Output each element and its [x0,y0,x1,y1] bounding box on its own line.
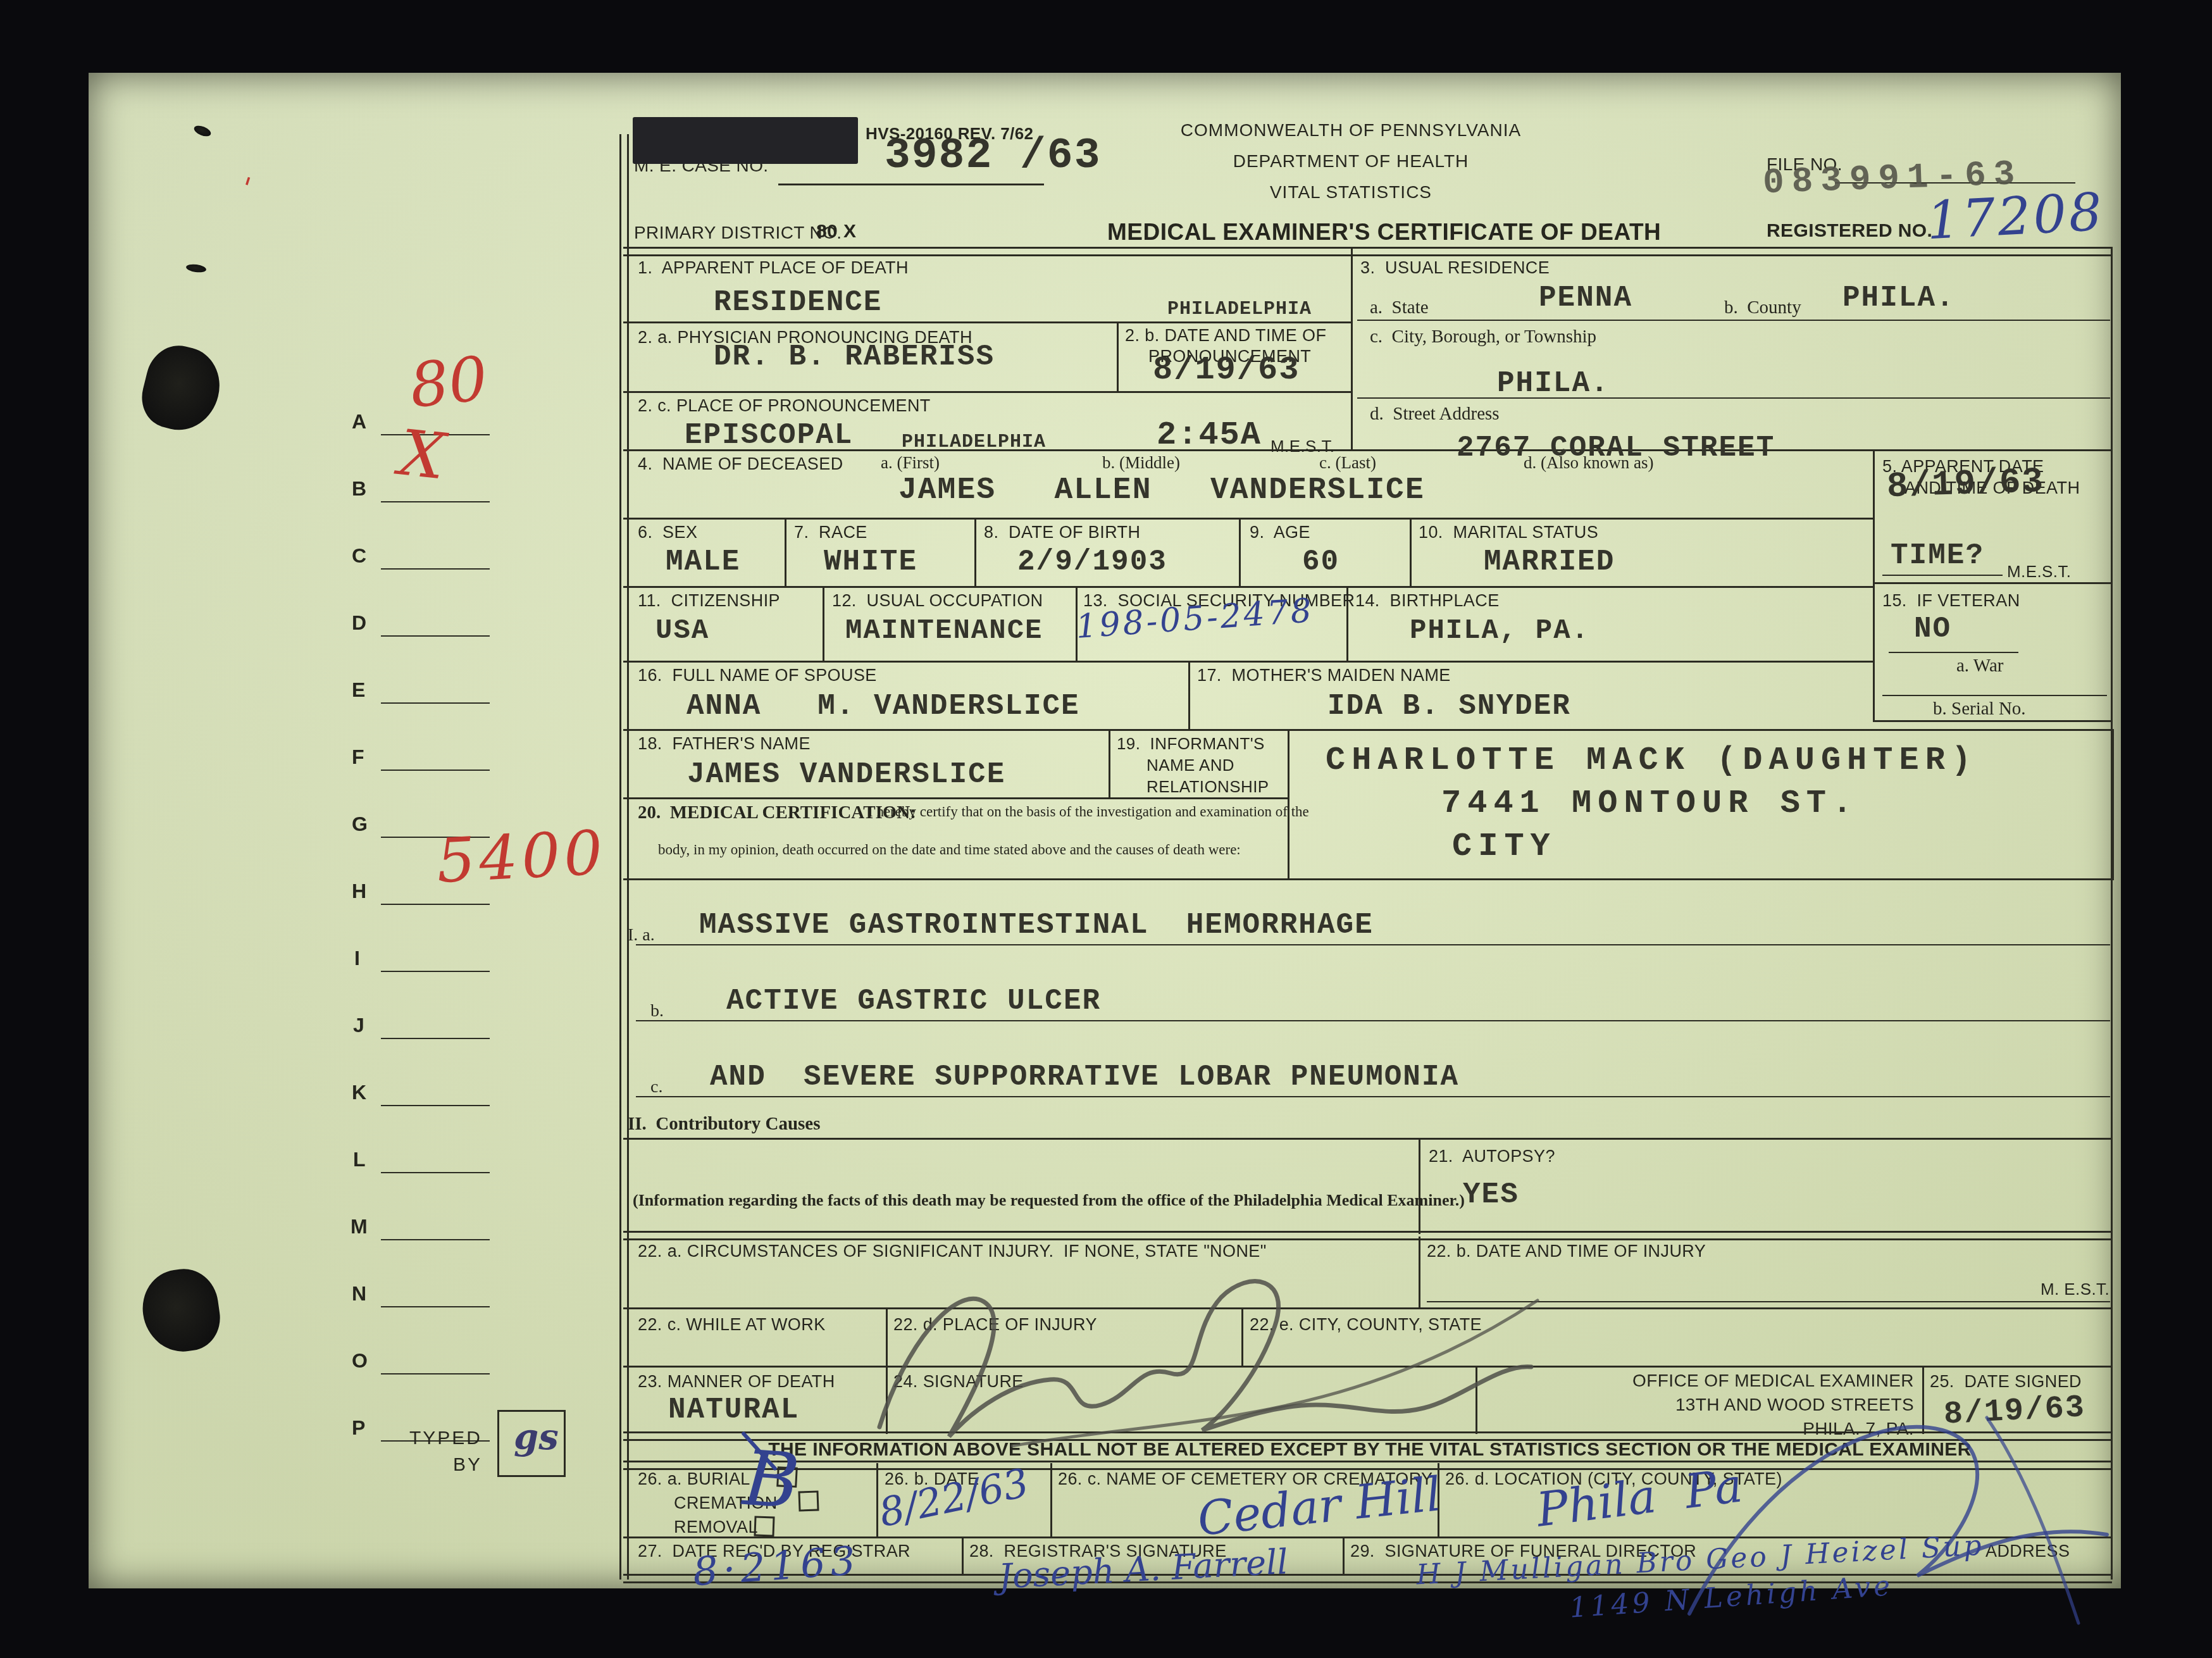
primary-district-value: 80 X [816,221,856,242]
field-14-label: 14. BIRTHPLACE [1355,591,1500,611]
field-3b-value: PHILA. [1842,282,1955,315]
margin-letter-c: C [352,544,367,568]
rule [823,586,824,661]
rule [1117,321,1119,392]
field-26a-value: B [740,1435,802,1526]
field-5-date-value: 8/19/63 [1886,461,2045,508]
rule [623,878,1289,880]
field-20-text1: I hereby certify that on the basis of th… [868,804,1309,820]
margin-letter-p: P [352,1416,366,1440]
rule [1410,518,1412,586]
margin-h-value: 5400 [435,817,608,897]
margin-line-l [381,1172,490,1173]
field-4-middle-label: b. (Middle) [1102,453,1180,473]
margin-line-i [381,971,490,972]
margin-letter-k: K [352,1081,367,1104]
info-request-note: (Information regarding the facts of this… [633,1191,1465,1210]
rule [636,944,2110,945]
field-2c-value: EPISCOPAL [685,419,853,452]
field-5-zone: M.E.S.T. [2007,562,2071,582]
rule [623,391,1351,393]
field-3d-label: d. Street Address [1370,404,1500,425]
margin-letter-m: M [351,1215,368,1238]
cause-b-label: b. [650,1001,664,1021]
informant-name-value: CHARLOTTE MACK (DAUGHTER) [1326,742,1977,779]
field-15-value: NO [1914,613,1951,645]
cause-ia-label: I. a. [628,925,655,945]
rule [1357,397,2110,399]
field-19-label-line1: 19. INFORMANT'S [1117,734,1265,754]
org-department: DEPARTMENT OF HEALTH [1158,151,1544,171]
cause-c-value: AND SEVERE SUPPORRATIVE LOBAR PNEUMONIA [710,1061,1459,1094]
field-3a-value: PENNA [1539,282,1632,315]
field-12-label: 12. USUAL OCCUPATION [832,591,1043,611]
margin-line-m [381,1239,490,1240]
field-3c-label: c. City, Borough, or Township [1370,327,1596,347]
field-11-value: USA [656,615,709,647]
cause-ia-value: MASSIVE GASTROINTESTINAL HEMORRHAGE [699,909,1374,942]
field-18-label: 18. FATHER'S NAME [638,734,811,754]
margin-letter-g: G [352,813,368,836]
field-15-serial-label: b. Serial No. [1933,699,2026,720]
rule [623,797,1288,799]
margin-letter-h: H [352,880,367,903]
rule [623,321,1351,323]
field-6-value: MALE [666,545,740,578]
registered-no-label: REGISTERED NO. [1767,220,1932,242]
rule [1882,575,2003,576]
margin-line-c [381,568,490,570]
rule [636,1096,2110,1097]
field-23-label: 23. MANNER OF DEATH [638,1372,835,1392]
field-5-time-value: TIME? [1891,539,1984,572]
field-19-label-line3: RELATIONSHIP [1146,777,1269,797]
field-20-text2: body, in my opinion, death occurred on t… [658,842,1241,858]
field-26a-burial-label: 26. a. BURIAL [638,1469,750,1489]
field-3c-value: PHILA. [1497,367,1610,400]
rule [623,661,1873,663]
margin-letter-l: L [353,1148,366,1171]
rule [623,1138,2112,1140]
field-3-label: 3. USUAL RESIDENCE [1360,258,1550,278]
rule [1873,449,1875,720]
field-22c-label: 22. c. WHILE AT WORK [638,1315,826,1335]
contributory-causes-label: II. Contributory Causes [628,1114,821,1135]
field-22b-zone: M. E.S.T. [2041,1280,2109,1299]
margin-line-b [381,501,490,502]
margin-letter-b: B [352,477,367,501]
field-4-value: JAMES ALLEN VANDERSLICE [898,473,1425,508]
field-2c-time: 2:45A [1157,416,1262,454]
field-3b-label: b. County [1724,297,1801,318]
rule [623,1231,2112,1240]
registered-no-value: 17208 [1925,182,2106,252]
field-8-label: 8. DATE OF BIRTH [984,523,1140,542]
rule [1239,518,1241,586]
margin-letter-j: J [353,1014,364,1037]
cremation-checkbox [798,1490,819,1511]
field-14-value: PHILA, PA. [1410,615,1589,647]
cause-c-label: c. [650,1077,662,1097]
rule [1873,582,2112,584]
field-21-label: 21. AUTOPSY? [1429,1147,1555,1166]
field-9-value: 60 [1302,545,1339,578]
field-10-value: MARRIED [1484,545,1615,578]
field-9-label: 9. AGE [1250,523,1310,542]
margin-line-h [381,904,490,905]
field-2a-value: DR. B. RABERISS [714,340,995,373]
typed-by-label-line1: TYPED [387,1428,482,1449]
margin-line-k [381,1105,490,1106]
me-case-number-value: 3982 /63 [885,132,1101,180]
field-21-value: YES [1463,1178,1519,1211]
field-2b-label-line1: 2. b. DATE AND TIME OF [1125,326,1326,346]
margin-letter-f: F [352,745,364,769]
org-commonwealth: COMMONWEALTH OF PENNSYLVANIA [1158,120,1544,140]
rule [785,518,786,586]
rule [1873,720,2112,722]
field-17-value: IDA B. SNYDER [1327,690,1571,723]
field-23-value: NATURAL [668,1393,799,1426]
page-title: MEDICAL EXAMINER'S CERTIFICATE OF DEATH [1107,219,1613,246]
field-15-war-label: a. War [1956,656,2003,676]
field-10-label: 10. MARITAL STATUS [1419,523,1598,542]
field-4-first-label: a. (First) [881,453,940,473]
field-4-last-label: c. (Last) [1319,453,1376,473]
rule [1419,1138,1420,1234]
primary-district-label: PRIMARY DISTRICT NO. [634,223,842,243]
margin-line-e [381,702,490,704]
field-2c-label: 2. c. PLACE OF PRONOUNCEMENT [638,396,931,416]
cause-b-value: ACTIVE GASTRIC ULCER [726,985,1101,1018]
field-17-label: 17. MOTHER'S MAIDEN NAME [1197,666,1451,685]
org-vital-statistics: VITAL STATISTICS [1158,182,1544,203]
rule [1109,729,1110,797]
rule [623,518,1873,520]
rule [623,586,1873,588]
medical-examiner-signature [861,1256,1556,1452]
margin-line-f [381,770,490,771]
typed-by-label-line2: BY [387,1454,482,1476]
margin-letter-n: N [352,1282,367,1306]
field-7-label: 7. RACE [794,523,867,542]
field-3d-value: 2767 CORAL STREET [1457,432,1775,464]
margin-line-n [381,1306,490,1307]
field-8-value: 2/9/1903 [1017,545,1167,578]
field-15-label: 15. IF VETERAN [1882,591,2020,611]
margin-letter-a: A [352,410,367,433]
rule [636,1020,2110,1021]
rule [974,518,976,586]
margin-letter-o: O [352,1349,368,1373]
field-1-city: PHILADELPHIA [1167,299,1312,320]
informant-street-value: 7441 MONTOUR ST. [1441,785,1858,822]
field-18-value: JAMES VANDERSLICE [687,758,1005,791]
field-12-value: MAINTENANCE [845,615,1043,647]
rule [1357,320,2110,321]
margin-letter-d: D [352,611,367,635]
field-4-label: 4. NAME OF DECEASED [638,454,843,474]
rule [962,1536,964,1576]
funeral-director-flourish [1670,1373,2126,1626]
rule [1050,1463,1052,1536]
margin-line-j [381,1038,490,1039]
field-1-value: RESIDENCE [714,286,882,319]
field-1-label: 1. APPARENT PLACE OF DEATH [638,258,909,278]
field-2c-city: PHILADELPHIA [902,432,1046,453]
me-case-line [778,184,1044,185]
field-2b-value: 8/19/63 [1153,351,1300,389]
typed-by-value: gs [514,1416,559,1458]
rule [1188,661,1190,729]
margin-line-d [381,635,490,637]
field-3a-label: a. State [1370,297,1429,318]
rule [1882,695,2107,696]
rule [1351,247,1353,449]
field-16-label: 16. FULL NAME OF SPOUSE [638,666,877,685]
field-16-value: ANNA M. VANDERSLICE [687,690,1080,723]
field-19-label-line2: NAME AND [1146,756,1234,775]
rule [623,247,2112,256]
rule [1343,1536,1345,1576]
scanned-death-certificate: ' HVS-20160 REV. 7/62 3982 /63 M. E. CAS… [0,0,2212,1658]
margin-b-value: X [396,416,449,494]
margin-letter-e: E [352,678,366,702]
margin-a-value: 80 [406,343,490,421]
field-7-value: WHITE [824,545,917,578]
margin-line-o [381,1373,490,1374]
rule [619,134,629,1580]
redaction-bar [633,117,858,164]
field-11-label: 11. CITIZENSHIP [638,591,780,611]
informant-city-value: CITY [1452,828,1556,865]
field-6-label: 6. SEX [638,523,697,542]
margin-letter-i: I [354,947,360,970]
rule [1889,652,2018,653]
